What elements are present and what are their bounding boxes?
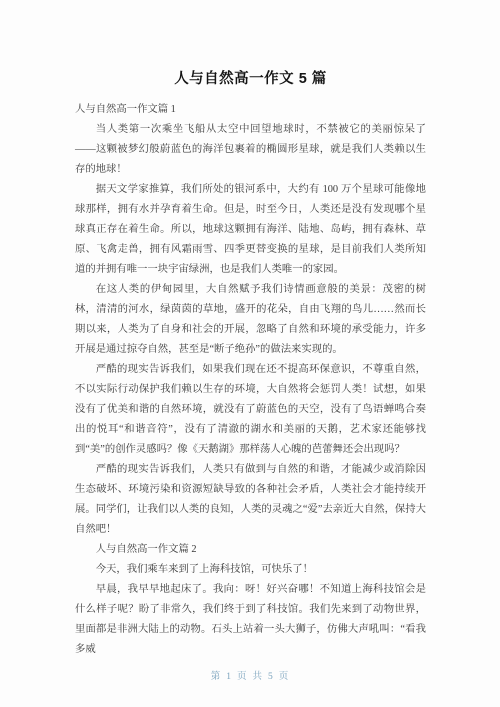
section-heading-2: 人与自然高一作文篇 2 bbox=[75, 540, 426, 560]
page-prefix-label: 第 bbox=[211, 672, 223, 682]
paragraph: 在这人类的伊甸园里，大自然赋予我们诗情画意般的美景：茂密的树林，清清的河水，绿茵… bbox=[75, 280, 426, 360]
page-label: 页 bbox=[237, 672, 249, 682]
page-footer: 第1页共5页 bbox=[75, 670, 426, 684]
total-page-label: 页 bbox=[279, 672, 291, 682]
document-page: 人与自然高一作文 5 篇 人与自然高一作文篇 1 当人类第一次乘坐飞船从太空中回… bbox=[0, 0, 500, 707]
paragraph: 严酷的现实告诉我们，人类只有做到与自然的和谐，才能减少或消除因生态破坏、环境污染… bbox=[75, 460, 426, 540]
total-prefix-label: 共 bbox=[253, 672, 265, 682]
paragraph: 今天，我们乘车来到了上海科技馆，可快乐了！ bbox=[75, 560, 426, 580]
paragraph: 严酷的现实告诉我们，如果我们现在还不提高环保意识，不尊重自然，不以实际行动保护我… bbox=[75, 360, 426, 460]
paragraph: 据天文学家推算，我们所处的银河系中，大约有 100 万个星球可能像地球那样，拥有… bbox=[75, 180, 426, 280]
current-page-number: 1 bbox=[226, 672, 233, 682]
paragraph: 早晨，我早早地起床了。我向：呀！好兴奋哪！不知道上海科技馆会是什么样子呢？盼了非… bbox=[75, 580, 426, 660]
page-title: 人与自然高一作文 5 篇 bbox=[75, 68, 426, 90]
section-heading-1: 人与自然高一作文篇 1 bbox=[75, 100, 426, 120]
total-pages-number: 5 bbox=[268, 672, 275, 682]
paragraph: 当人类第一次乘坐飞船从太空中回望地球时，不禁被它的美丽惊呆了——这颗被梦幻般蔚蓝… bbox=[75, 120, 426, 180]
